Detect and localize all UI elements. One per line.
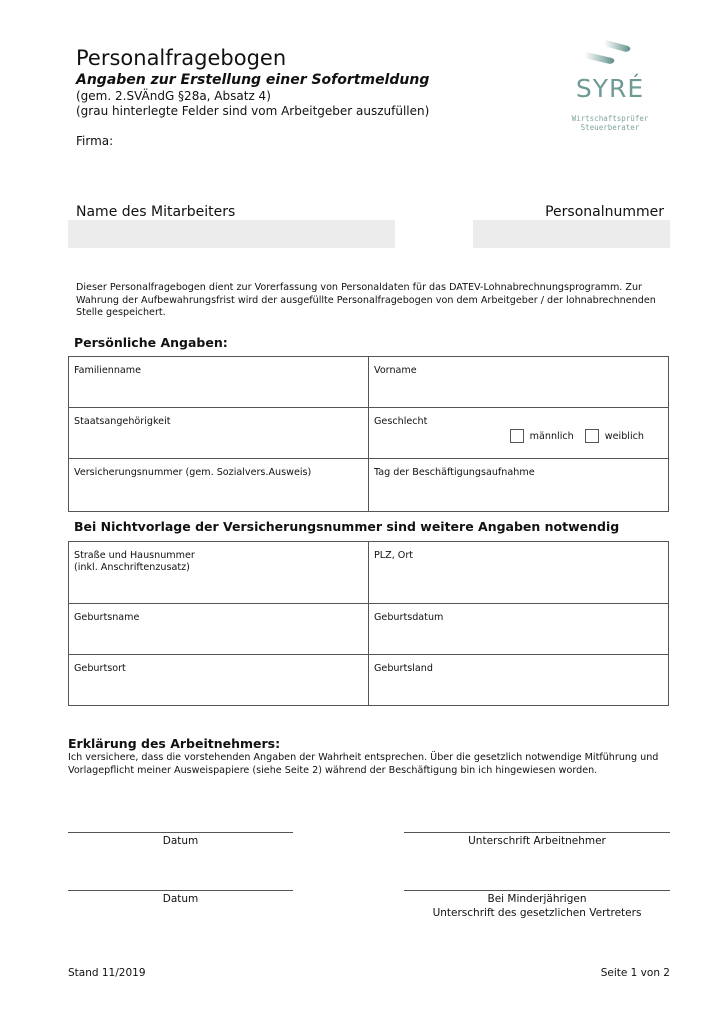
table-row: Geburtsort Geburtsland	[69, 655, 669, 706]
field-label: Straße und Hausnummer	[74, 550, 363, 562]
zip-city-field[interactable]: PLZ, Ort	[369, 542, 669, 604]
swoosh-logo-icon	[578, 36, 634, 70]
field-label: Familienname	[74, 365, 141, 376]
family-name-field[interactable]: Familienname	[69, 357, 369, 408]
female-checkbox[interactable]	[585, 429, 599, 443]
field-label: PLZ, Ort	[374, 550, 413, 561]
birth-place-field[interactable]: Geburtsort	[69, 655, 369, 706]
gray-fields-note: (grau hinterlegte Felder sind vom Arbeit…	[76, 104, 429, 118]
date-label-2: Datum	[68, 892, 293, 906]
field-label: Vorname	[374, 365, 417, 376]
table-row: Versicherungsnummer (gem. Sozialvers.Aus…	[69, 459, 669, 512]
field-label: Geburtsort	[74, 663, 126, 674]
additional-heading: Bei Nichtvorlage der Versicherungsnummer…	[74, 519, 619, 534]
male-label: männlich	[530, 431, 574, 442]
page-subtitle: Angaben zur Erstellung einer Sofortmeldu…	[76, 72, 429, 88]
field-label: Geschlecht	[374, 416, 427, 427]
field-label: Geburtsdatum	[374, 612, 443, 623]
personal-table: Familienname Vorname Staatsangehörigkeit…	[68, 356, 669, 512]
logo-wordmark: SYRÉ	[564, 74, 656, 103]
field-label: Geburtsname	[74, 612, 139, 623]
gender-field: Geschlecht männlich weiblich	[369, 408, 669, 459]
guardian-signature-line[interactable]	[404, 890, 670, 891]
birth-name-field[interactable]: Geburtsname	[69, 604, 369, 655]
declaration-text: Ich versichere, dass die vorstehenden An…	[68, 752, 678, 777]
date-line-2[interactable]	[68, 890, 293, 891]
personnel-number-field[interactable]	[473, 220, 670, 248]
birth-date-field[interactable]: Geburtsdatum	[369, 604, 669, 655]
logo-tagline-2: Steuerberater	[560, 123, 660, 132]
employee-name-label: Name des Mitarbeiters	[76, 204, 235, 220]
page-number: Seite 1 von 2	[601, 967, 670, 979]
company-label: Firma:	[76, 134, 113, 148]
gender-options: männlich weiblich	[510, 429, 644, 443]
date-label-1: Datum	[68, 834, 293, 848]
page-title: Personalfragebogen	[76, 46, 286, 70]
employee-signature-line[interactable]	[404, 832, 670, 833]
field-label: Tag der Beschäftigungsaufnahme	[374, 467, 535, 478]
table-row: Geburtsname Geburtsdatum	[69, 604, 669, 655]
version-stamp: Stand 11/2019	[68, 967, 146, 979]
female-label: weiblich	[605, 431, 644, 442]
table-row: Staatsangehörigkeit Geschlecht männlich …	[69, 408, 669, 459]
personal-heading: Persönliche Angaben:	[74, 335, 228, 350]
nationality-field[interactable]: Staatsangehörigkeit	[69, 408, 369, 459]
declaration-heading: Erklärung des Arbeitnehmers:	[68, 736, 280, 751]
employment-start-field[interactable]: Tag der Beschäftigungsaufnahme	[369, 459, 669, 512]
guardian-signature-label-2: Unterschrift des gesetzlichen Vertreters	[404, 906, 670, 920]
field-label: Versicherungsnummer (gem. Sozialvers.Aus…	[74, 467, 311, 478]
logo-tagline-1: Wirtschaftsprüfer	[560, 114, 660, 123]
employee-signature-label: Unterschrift Arbeitnehmer	[404, 834, 670, 848]
field-sublabel: (inkl. Anschriftenzusatz)	[74, 562, 363, 574]
birth-country-field[interactable]: Geburtsland	[369, 655, 669, 706]
field-label: Staatsangehörigkeit	[74, 416, 171, 427]
employee-name-field[interactable]	[68, 220, 395, 248]
legal-note: (gem. 2.SVÄndG §28a, Absatz 4)	[76, 89, 271, 103]
insurance-number-field[interactable]: Versicherungsnummer (gem. Sozialvers.Aus…	[69, 459, 369, 512]
company-logo: SYRÉ Wirtschaftsprüfer Steuerberater	[560, 36, 660, 136]
intro-text: Dieser Personalfragebogen dient zur Vore…	[76, 282, 676, 320]
field-label: Geburtsland	[374, 663, 433, 674]
date-line-1[interactable]	[68, 832, 293, 833]
male-checkbox[interactable]	[510, 429, 524, 443]
personnel-number-label: Personalnummer	[545, 204, 664, 220]
street-field[interactable]: Straße und Hausnummer (inkl. Anschriften…	[69, 542, 369, 604]
first-name-field[interactable]: Vorname	[369, 357, 669, 408]
additional-table: Straße und Hausnummer (inkl. Anschriften…	[68, 541, 669, 706]
table-row: Familienname Vorname	[69, 357, 669, 408]
table-row: Straße und Hausnummer (inkl. Anschriften…	[69, 542, 669, 604]
guardian-signature-label-1: Bei Minderjährigen	[404, 892, 670, 906]
